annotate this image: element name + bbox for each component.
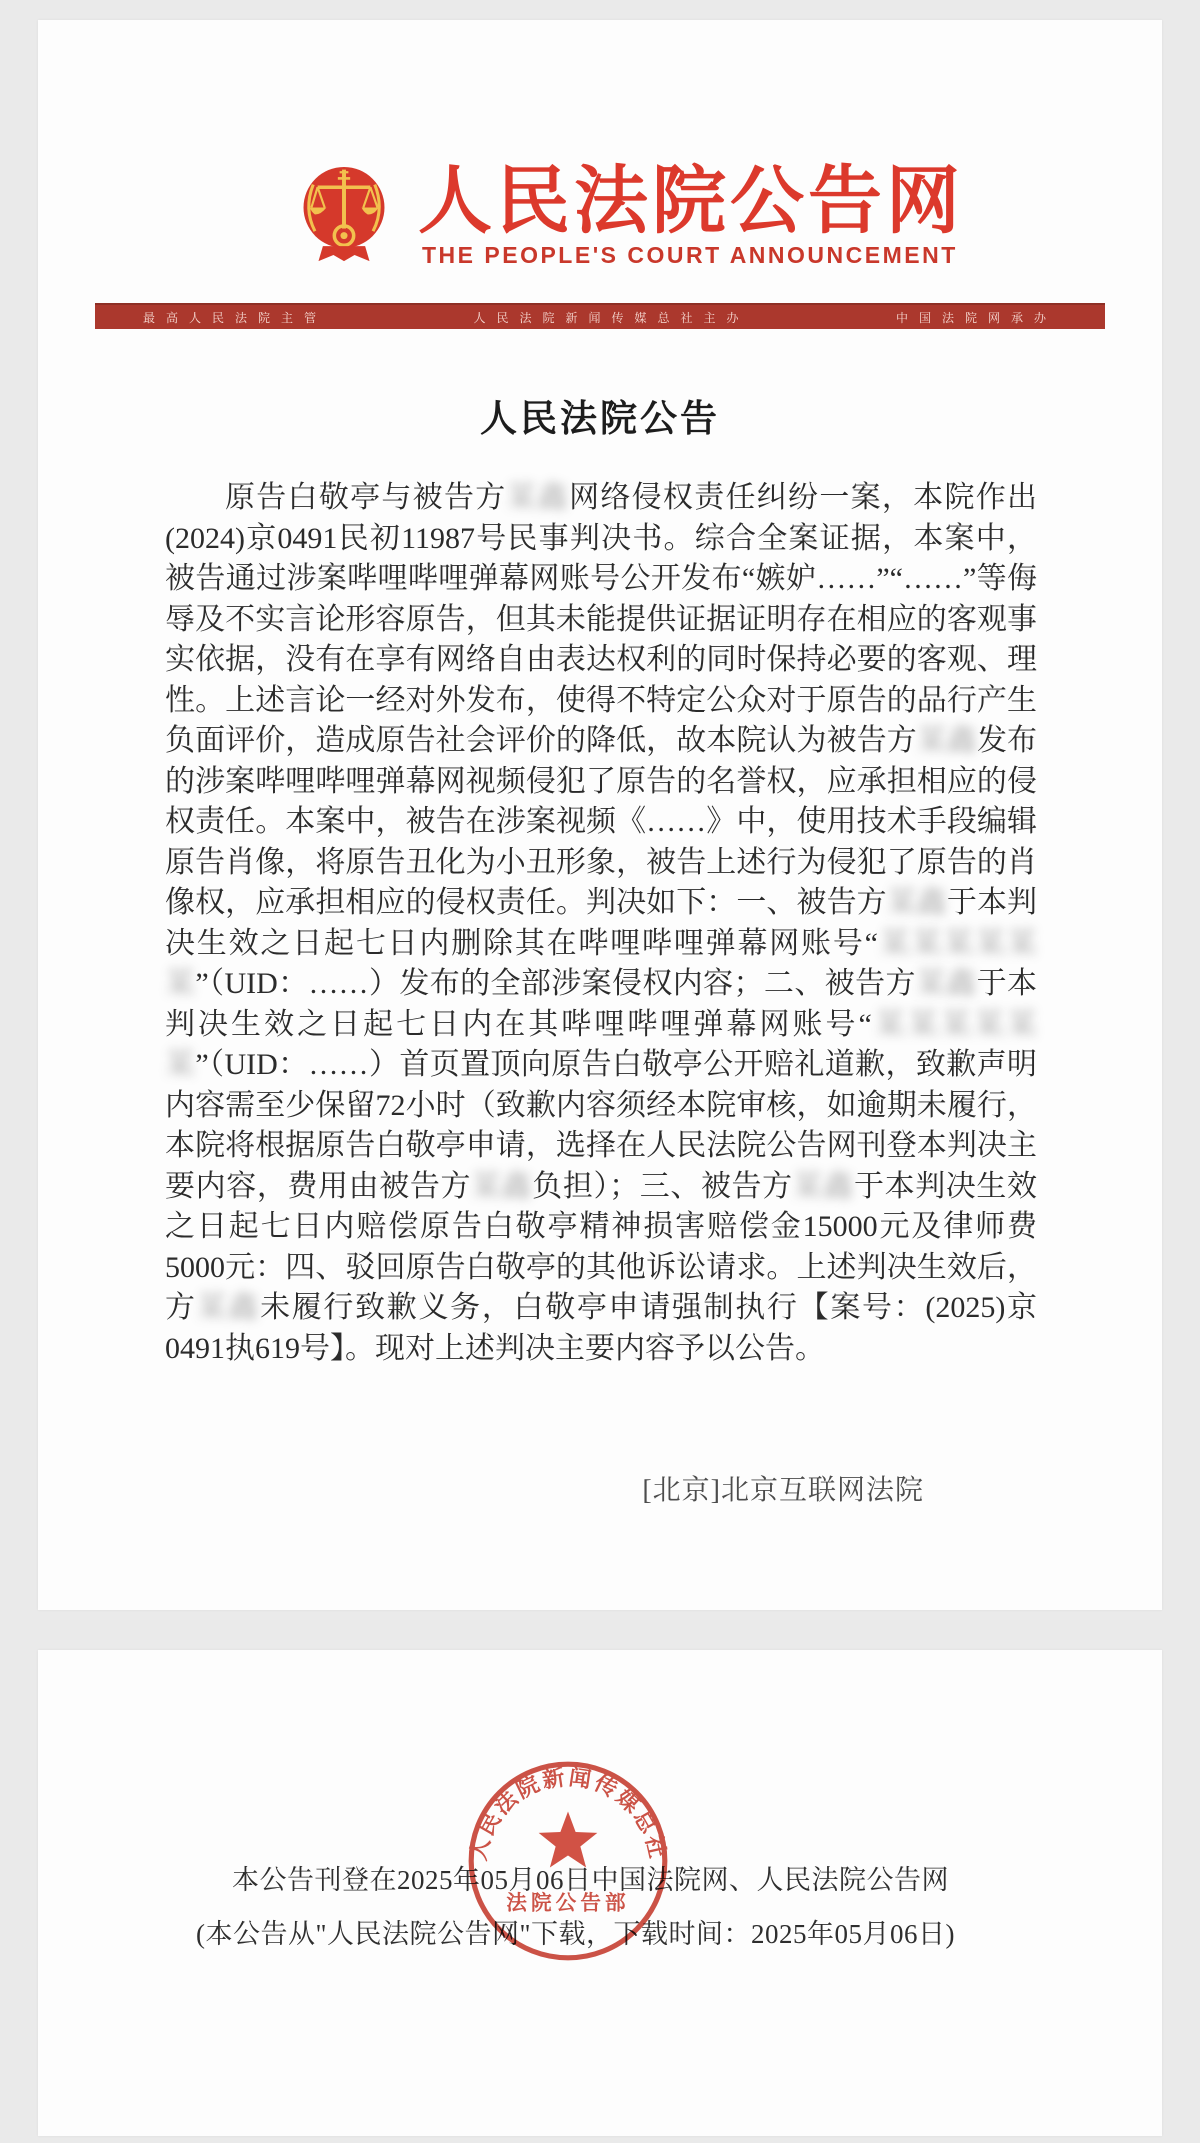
banner-item: 最高人民法院主管	[143, 309, 327, 326]
redacted-text: 某鑫	[197, 1291, 260, 1324]
redacted-text: 某鑫	[471, 1170, 532, 1203]
publication-card: 本公告刊登在2025年05月06日中国法院网、人民法院公告网 (本公告从"人民法…	[38, 1650, 1162, 2136]
publication-date-line: 本公告刊登在2025年05月06日中国法院网、人民法院公告网	[196, 1858, 1162, 1897]
announcement-body: 原告白敬亭与被告方某鑫网络侵权责任纠纷一案，本院作出(2024)京0491民初1…	[165, 478, 1037, 1369]
redacted-text: 某鑫	[887, 886, 947, 919]
site-subtitle-english: THE PEOPLE'S COURT ANNOUNCEMENT	[422, 242, 958, 269]
seal-arc-text: 人民法院新闻传媒总社	[465, 1764, 670, 1862]
redacted-text: 某鑫	[507, 481, 570, 514]
download-date-line: (本公告从"人民法院公告网"下载，下载时间：2025年05月06日)	[196, 1912, 1126, 1951]
paragraph-text: 负担）；三、被告方	[532, 1170, 792, 1203]
banner-item: 人民法院新闻传媒总社主办	[473, 309, 749, 326]
banner-item: 中国法院网承办	[896, 309, 1057, 326]
redacted-text: 某鑫	[916, 967, 977, 1000]
court-emblem-icon	[300, 158, 388, 278]
announcement-card: 人民法院公告网 THE PEOPLE'S COURT ANNOUNCEMENT …	[38, 20, 1162, 1610]
masthead-banner: 最高人民法院主管人民法院新闻传媒总社主办中国法院网承办	[95, 303, 1105, 329]
paragraph-text: 原告白敬亭与被告方	[225, 481, 507, 514]
svg-text:人民法院新闻传媒总社: 人民法院新闻传媒总社	[465, 1764, 670, 1862]
issuing-court: [北京]北京互联网法院	[38, 1468, 1162, 1508]
paragraph-text: 网络侵权责任纠纷一案，本院作出(2024)京0491民初11987号民事判决书。…	[165, 481, 1037, 757]
site-title: 人民法院公告网	[418, 142, 964, 248]
paragraph-text: 未履行致歉义务，白敬亭申请强制执行【案号：(2025)京0491执619号】。现…	[165, 1291, 1037, 1365]
redacted-text: 某鑫	[917, 724, 977, 757]
announcement-title: 人民法院公告	[38, 388, 1162, 442]
redacted-text: 某鑫	[793, 1170, 854, 1203]
paragraph-text: ”（UID：……）发布的全部涉案侵权内容；二、被告方	[195, 967, 915, 1000]
site-header: 人民法院公告网 THE PEOPLE'S COURT ANNOUNCEMENT …	[38, 20, 1162, 280]
page-background: { "colors": { "brand_red": "#dc392c", "b…	[0, 0, 1200, 2143]
